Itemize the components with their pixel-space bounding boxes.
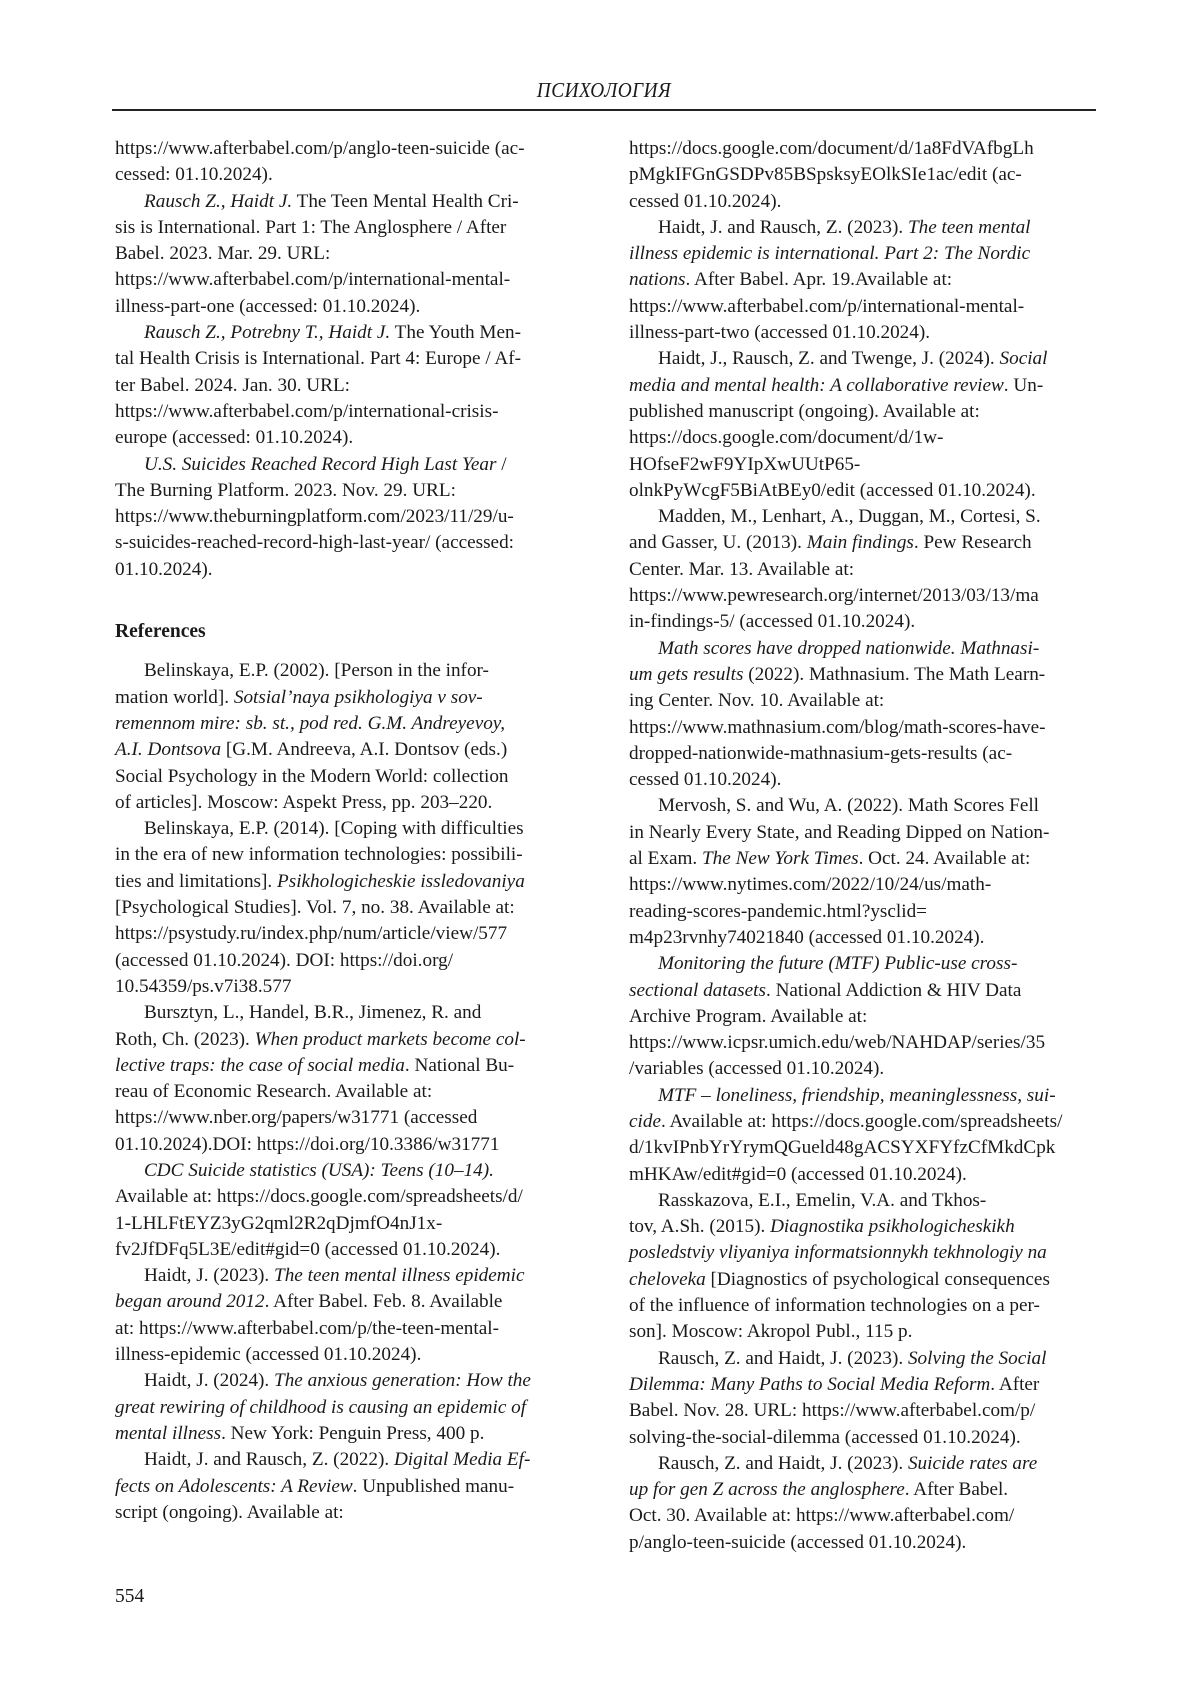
text-line: um gets results (2022). Mathnasium. The … (629, 662, 1084, 688)
italic-text: Diagnostika psikhologicheskikh (770, 1216, 1015, 1237)
text-run: pMgkIFGnGSDPv85BSpsksyEOlkSIe1ac/edit (a… (629, 164, 1022, 185)
text-run: reau of Economic Research. Available at: (115, 1081, 432, 1102)
text-line: (accessed 01.10.2024). DOI: https://doi.… (115, 948, 539, 974)
text-run: /variables (accessed 01.10.2024). (629, 1058, 884, 1079)
reference-list: Haidt, J. and Rausch, Z. (2023). The tee… (629, 215, 1084, 1556)
text-run: mHKAw/edit#gid=0 (accessed 01.10.2024). (629, 1164, 967, 1185)
text-run: Mervosh, S. and Wu, A. (2022). Math Scor… (658, 795, 1039, 816)
reference-entry: Bursztyn, L., Handel, B.R., Jimenez, R. … (115, 1000, 539, 1158)
text-line: nations. After Babel. Apr. 19.Available … (629, 267, 1084, 293)
text-line: and Gasser, U. (2013). Main findings. Pe… (629, 530, 1084, 556)
reference-entry: Madden, M., Lenhart, A., Duggan, M., Cor… (629, 504, 1084, 635)
italic-text: When product markets become col- (255, 1029, 526, 1050)
source-list: Rausch Z., Haidt J. The Teen Mental Heal… (115, 189, 539, 583)
text-line: reading-scores-pandemic.html?ysclid= (629, 899, 1084, 925)
text-line: https://www.afterbabel.com/p/internation… (629, 294, 1084, 320)
text-line: in the era of new information technologi… (115, 842, 539, 868)
text-run: https://www.nytimes.com/2022/10/24/us/ma… (629, 874, 991, 895)
text-line: of articles]. Moscow: Aspekt Press, pp. … (115, 790, 539, 816)
text-line: of the influence of information technolo… (629, 1293, 1084, 1319)
text-run: . Oct. 24. Available at: (859, 848, 1031, 869)
text-line: 10.54359/ps.v7i38.577 (115, 974, 539, 1000)
text-run: . National Bu- (405, 1055, 514, 1076)
text-run: 1-LHLFtEYZ3yG2qml2R2qDjmfO4nJ1x- (115, 1213, 442, 1234)
text-run: . After (990, 1374, 1039, 1395)
italic-text: The teen mental illness epidemic (274, 1265, 524, 1286)
italic-text: cide (629, 1111, 661, 1132)
text-line: media and mental health: A collaborative… (629, 373, 1084, 399)
text-run: https://www.nber.org/papers/w31771 (acce… (115, 1107, 477, 1128)
text-run: cessed 01.10.2024). (629, 769, 781, 790)
reference-entry: Mervosh, S. and Wu, A. (2022). Math Scor… (629, 793, 1084, 951)
text-run: Rausch, Z. and Haidt, J. (2023). (658, 1348, 908, 1369)
text-line: lective traps: the case of social media.… (115, 1053, 539, 1079)
text-run: https://www.icpsr.umich.edu/web/NAHDAP/s… (629, 1032, 1045, 1053)
text-line: Dilemma: Many Paths to Social Media Refo… (629, 1372, 1084, 1398)
running-head-title: ПСИХОЛОГИЯ (151, 78, 1056, 103)
reference-entry: Haidt, J. (2023). The teen mental illnes… (115, 1263, 539, 1368)
text-line: MTF – loneliness, friendship, meaningles… (629, 1083, 1084, 1109)
italic-text: lective traps: the case of social media (115, 1055, 405, 1076)
italic-text: sectional datasets (629, 980, 766, 1001)
text-line: Oct. 30. Available at: https://www.after… (629, 1503, 1084, 1529)
text-line: fects on Adolescents: A Review. Unpublis… (115, 1474, 539, 1500)
reference-entry: Belinskaya, E.P. (2002). [Person in the … (115, 658, 539, 816)
text-line: sectional datasets. National Addiction &… (629, 978, 1084, 1004)
text-run: Rausch, Z. and Haidt, J. (2023). (658, 1453, 908, 1474)
text-run: Haidt, J. and Rausch, Z. (2023). (658, 217, 908, 238)
text-run: https://www.afterbabel.com/p/anglo-teen-… (115, 138, 525, 159)
reference-entry: CDC Suicide statistics (USA): Teens (10–… (115, 1158, 539, 1263)
text-run: cessed 01.10.2024). (629, 191, 781, 212)
reference-list: Belinskaya, E.P. (2002). [Person in the … (115, 658, 539, 1526)
italic-text: fects on Adolescents: A Review (115, 1476, 353, 1497)
text-line: /variables (accessed 01.10.2024). (629, 1056, 1084, 1082)
text-line: ing Center. Nov. 10. Available at: (629, 688, 1084, 714)
text-line: 01.10.2024).DOI: https://doi.org/10.3386… (115, 1132, 539, 1158)
text-run: script (ongoing). Available at: (115, 1502, 344, 1523)
text-run: illness-part-one (accessed: 01.10.2024). (115, 296, 420, 317)
text-run: of the influence of information technolo… (629, 1295, 1040, 1316)
italic-text: began around 2012 (115, 1291, 265, 1312)
text-run: https://www.theburningplatform.com/2023/… (115, 506, 514, 527)
italic-text: Dilemma: Many Paths to Social Media Refo… (629, 1374, 990, 1395)
text-run: tov, A.Sh. (2015). (629, 1216, 770, 1237)
text-line: Haidt, J. and Rausch, Z. (2023). The tee… (629, 215, 1084, 241)
text-run: HOfseF2wF9YIpXwUUtP65- (629, 454, 860, 475)
text-line: dropped-nationwide-mathnasium-gets-resul… (629, 741, 1084, 767)
italic-text: CDC Suicide statistics (USA): Teens (10–… (144, 1160, 494, 1181)
text-line: sis is International. Part 1: The Anglos… (115, 215, 539, 241)
text-line: Rasskazova, E.I., Emelin, V.A. and Tkhos… (629, 1188, 1084, 1214)
text-run: and Gasser, U. (2013). (629, 532, 807, 553)
text-line: CDC Suicide statistics (USA): Teens (10–… (115, 1158, 539, 1184)
text-line: Available at: https://docs.google.com/sp… (115, 1184, 539, 1210)
text-run: Archive Program. Available at: (629, 1006, 867, 1027)
text-run: . National Addiction & HIV Data (766, 980, 1021, 1001)
text-line: illness epidemic is international. Part … (629, 241, 1084, 267)
text-run: Rasskazova, E.I., Emelin, V.A. and Tkhos… (658, 1190, 986, 1211)
text-line: al Exam. The New York Times. Oct. 24. Av… (629, 846, 1084, 872)
text-run: . New York: Penguin Press, 400 p. (221, 1423, 484, 1444)
text-line: https://psystudy.ru/index.php/num/articl… (115, 921, 539, 947)
text-line: remennom mire: sb. st., pod red. G.M. An… (115, 711, 539, 737)
text-run: https://www.pewresearch.org/internet/201… (629, 585, 1039, 606)
italic-text: Suicide rates are (908, 1453, 1037, 1474)
text-line: in Nearly Every State, and Reading Dippe… (629, 820, 1084, 846)
text-run: / (496, 454, 506, 475)
text-run: of articles]. Moscow: Aspekt Press, pp. … (115, 792, 492, 813)
text-line: https://www.theburningplatform.com/2023/… (115, 504, 539, 530)
text-line: Belinskaya, E.P. (2002). [Person in the … (115, 658, 539, 684)
text-run: 01.10.2024). (115, 559, 213, 580)
italic-text: The teen mental (908, 217, 1031, 238)
text-run: https://www.mathnasium.com/blog/math-sco… (629, 717, 1046, 738)
text-line: ties and limitations]. Psikhologicheskie… (115, 869, 539, 895)
text-run: (accessed 01.10.2024). DOI: https://doi.… (115, 950, 453, 971)
italic-text: Monitoring the future (MTF) Public-use c… (658, 953, 1017, 974)
reference-entry: Haidt, J. (2024). The anxious generation… (115, 1368, 539, 1447)
text-line: Mervosh, S. and Wu, A. (2022). Math Scor… (629, 793, 1084, 819)
text-run: dropped-nationwide-mathnasium-gets-resul… (629, 743, 1012, 764)
text-run: Belinskaya, E.P. (2014). [Coping with di… (144, 818, 524, 839)
text-line: son]. Moscow: Akropol Publ., 115 p. (629, 1319, 1084, 1345)
text-run: at: https://www.afterbabel.com/p/the-tee… (115, 1318, 499, 1339)
text-line: script (ongoing). Available at: (115, 1500, 539, 1526)
reference-entry: Monitoring the future (MTF) Public-use c… (629, 951, 1084, 1082)
text-run: [Psychological Studies]. Vol. 7, no. 38.… (115, 897, 515, 918)
text-line: cide. Available at: https://docs.google.… (629, 1109, 1084, 1135)
text-line: https://www.pewresearch.org/internet/201… (629, 583, 1084, 609)
text-line: olnkPyWcgF5BiAtBEy0/edit (accessed 01.10… (629, 478, 1084, 504)
italic-text: great rewiring of childhood is causing a… (115, 1397, 526, 1418)
text-line: d/1kvIPnbYrYrymQGueld48gACSYXFYfzCfMkdCp… (629, 1135, 1084, 1161)
text-line: 01.10.2024). (115, 557, 539, 583)
text-run: . Pew Research (914, 532, 1032, 553)
text-run: Belinskaya, E.P. (2002). [Person in the … (144, 660, 489, 681)
text-line: Archive Program. Available at: (629, 1004, 1084, 1030)
text-line: in-findings-5/ (accessed 01.10.2024). (629, 609, 1084, 635)
text-run: d/1kvIPnbYrYrymQGueld48gACSYXFYfzCfMkdCp… (629, 1137, 1055, 1158)
text-line: cessed 01.10.2024). (629, 767, 1084, 793)
text-run: mation world]. (115, 687, 234, 708)
text-run: olnkPyWcgF5BiAtBEy0/edit (accessed 01.10… (629, 480, 1036, 501)
text-run: https://www.afterbabel.com/p/internation… (115, 401, 498, 422)
text-line: tov, A.Sh. (2015). Diagnostika psikholog… (629, 1214, 1084, 1240)
text-run: . Un- (1004, 375, 1043, 396)
italic-text: A.I. Dontsova (115, 739, 221, 760)
italic-text: Rausch Z., Potrebny T., Haidt J. (144, 322, 390, 343)
text-line: Madden, M., Lenhart, A., Duggan, M., Cor… (629, 504, 1084, 530)
text-run: sis is International. Part 1: The Anglos… (115, 217, 506, 238)
italic-text: up for gen Z across the anglosphere (629, 1479, 905, 1500)
text-line: cheloveka [Diagnostics of psychological … (629, 1267, 1084, 1293)
italic-text: um gets results (629, 664, 743, 685)
text-run: Available at: https://docs.google.com/sp… (115, 1186, 523, 1207)
text-line: https://docs.google.com/document/d/1a8Fd… (629, 136, 1084, 162)
text-run: Haidt, J. (2023). (144, 1265, 274, 1286)
reference-entry: Rausch, Z. and Haidt, J. (2023). Solving… (629, 1346, 1084, 1451)
reference-entry: Math scores have dropped nationwide. Mat… (629, 636, 1084, 794)
text-run: illness-part-two (accessed 01.10.2024). (629, 322, 930, 343)
text-run: tal Health Crisis is International. Part… (115, 348, 521, 369)
reference-entry: Rausch Z., Haidt J. The Teen Mental Heal… (115, 189, 539, 320)
text-run: https://psystudy.ru/index.php/num/articl… (115, 923, 507, 944)
text-line: fv2JfDFq5L3E/edit#gid=0 (accessed 01.10.… (115, 1237, 539, 1263)
text-line: s-suicides-reached-record-high-last-year… (115, 530, 539, 556)
italic-text: Social (1000, 348, 1048, 369)
text-run: Oct. 30. Available at: https://www.after… (629, 1505, 1014, 1526)
text-line: ter Babel. 2024. Jan. 30. URL: (115, 373, 539, 399)
text-line: illness-part-two (accessed 01.10.2024). (629, 320, 1084, 346)
continuation-text: https://www.afterbabel.com/p/anglo-teen-… (115, 136, 539, 189)
text-line: Social Psychology in the Modern World: c… (115, 764, 539, 790)
right-column: https://docs.google.com/document/d/1a8Fd… (629, 136, 1084, 1556)
text-line: Belinskaya, E.P. (2014). [Coping with di… (115, 816, 539, 842)
text-line: posledstviy vliyaniya informatsionnykh t… (629, 1240, 1084, 1266)
text-line: https://docs.google.com/document/d/1w- (629, 425, 1084, 451)
text-run: Center. Mar. 13. Available at: (629, 559, 854, 580)
italic-text: Digital Media Ef- (394, 1449, 530, 1470)
text-run: The Youth Men- (390, 322, 521, 343)
text-line: Math scores have dropped nationwide. Mat… (629, 636, 1084, 662)
text-line: https://www.icpsr.umich.edu/web/NAHDAP/s… (629, 1030, 1084, 1056)
text-line: 1-LHLFtEYZ3yG2qml2R2qDjmfO4nJ1x- (115, 1211, 539, 1237)
reference-entry: Belinskaya, E.P. (2014). [Coping with di… (115, 816, 539, 1000)
text-run: ter Babel. 2024. Jan. 30. URL: (115, 375, 350, 396)
text-line: solving-the-social-dilemma (accessed 01.… (629, 1425, 1084, 1451)
italic-text: Math scores have dropped nationwide. Mat… (658, 638, 1039, 659)
text-run: . After Babel. Feb. 8. Available (265, 1291, 503, 1312)
reference-entry: U.S. Suicides Reached Record High Last Y… (115, 452, 539, 583)
text-run: . Available at: https://docs.google.com/… (661, 1111, 1062, 1132)
text-line: illness-epidemic (accessed 01.10.2024). (115, 1342, 539, 1368)
italic-text: media and mental health: A collaborative… (629, 375, 1004, 396)
italic-text: remennom mire: sb. st., pod red. G.M. An… (115, 713, 505, 734)
text-line: tal Health Crisis is International. Part… (115, 346, 539, 372)
text-line: U.S. Suicides Reached Record High Last Y… (115, 452, 539, 478)
text-run: ing Center. Nov. 10. Available at: (629, 690, 884, 711)
text-run: Madden, M., Lenhart, A., Duggan, M., Cor… (658, 506, 1041, 527)
italic-text: illness epidemic is international. Part … (629, 243, 1030, 264)
text-line: Monitoring the future (MTF) Public-use c… (629, 951, 1084, 977)
text-run: . After Babel. (905, 1479, 1008, 1500)
text-run: ties and limitations]. (115, 871, 277, 892)
text-run: m4p23rvnhy74021840 (accessed 01.10.2024)… (629, 927, 984, 948)
text-line: Haidt, J., Rausch, Z. and Twenge, J. (20… (629, 346, 1084, 372)
text-line: up for gen Z across the anglosphere. Aft… (629, 1477, 1084, 1503)
text-run: 10.54359/ps.v7i38.577 (115, 976, 291, 997)
text-line: mation world]. Sotsial’naya psikhologiya… (115, 685, 539, 711)
references-heading: References (115, 619, 539, 645)
text-line: published manuscript (ongoing). Availabl… (629, 399, 1084, 425)
text-run: s-suicides-reached-record-high-last-year… (115, 532, 514, 553)
italic-text: posledstviy vliyaniya informatsionnykh t… (629, 1242, 1047, 1263)
text-run: 01.10.2024).DOI: https://doi.org/10.3386… (115, 1134, 499, 1155)
text-line: Haidt, J. (2024). The anxious generation… (115, 1368, 539, 1394)
text-run: in the era of new information technologi… (115, 844, 523, 865)
text-run: reading-scores-pandemic.html?ysclid= (629, 901, 927, 922)
text-line: https://www.nber.org/papers/w31771 (acce… (115, 1105, 539, 1131)
continuation-text: https://docs.google.com/document/d/1a8Fd… (629, 136, 1084, 215)
text-line: Rausch, Z. and Haidt, J. (2023). Solving… (629, 1346, 1084, 1372)
text-run: . Unpublished manu- (353, 1476, 514, 1497)
italic-text: mental illness (115, 1423, 221, 1444)
text-line: https://www.afterbabel.com/p/internation… (115, 267, 539, 293)
text-run: https://www.afterbabel.com/p/internation… (115, 269, 510, 290)
italic-text: Rausch Z., Haidt J. (144, 191, 292, 212)
text-line: mental illness. New York: Penguin Press,… (115, 1421, 539, 1447)
italic-text: The New York Times (702, 848, 859, 869)
header-rule (112, 109, 1096, 111)
reference-entry: Rasskazova, E.I., Emelin, V.A. and Tkhos… (629, 1188, 1084, 1346)
text-run: (2022). Mathnasium. The Math Learn- (743, 664, 1045, 685)
text-run: Haidt, J., Rausch, Z. and Twenge, J. (20… (658, 348, 1000, 369)
text-run: [Diagnostics of psychological consequenc… (706, 1269, 1050, 1290)
text-line: A.I. Dontsova [G.M. Andreeva, A.I. Donts… (115, 737, 539, 763)
italic-text: Psikhologicheskie issledovaniya (277, 871, 525, 892)
reference-entry: Rausch Z., Potrebny T., Haidt J. The You… (115, 320, 539, 451)
text-line: https://www.afterbabel.com/p/anglo-teen-… (115, 136, 539, 162)
text-line: m4p23rvnhy74021840 (accessed 01.10.2024)… (629, 925, 1084, 951)
italic-text: The anxious generation: How the (274, 1370, 531, 1391)
text-line: https://www.nytimes.com/2022/10/24/us/ma… (629, 872, 1084, 898)
text-run: published manuscript (ongoing). Availabl… (629, 401, 980, 422)
text-run: https://docs.google.com/document/d/1w- (629, 427, 943, 448)
text-run: Babel. Nov. 28. URL: https://www.afterba… (629, 1400, 1035, 1421)
text-run: europe (accessed: 01.10.2024). (115, 427, 353, 448)
italic-text: Sotsial’naya psikhologiya v sov- (234, 687, 483, 708)
text-run: Roth, Ch. (2023). (115, 1029, 255, 1050)
text-line: great rewiring of childhood is causing a… (115, 1395, 539, 1421)
reference-entry: Haidt, J. and Rausch, Z. (2023). The tee… (629, 215, 1084, 346)
text-line: Rausch Z., Potrebny T., Haidt J. The You… (115, 320, 539, 346)
italic-text: MTF – loneliness, friendship, meaningles… (658, 1085, 1056, 1106)
reference-entry: Haidt, J., Rausch, Z. and Twenge, J. (20… (629, 346, 1084, 504)
text-line: mHKAw/edit#gid=0 (accessed 01.10.2024). (629, 1162, 1084, 1188)
text-run: . After Babel. Apr. 19.Available at: (686, 269, 953, 290)
text-line: p/anglo-teen-suicide (accessed 01.10.202… (629, 1530, 1084, 1556)
text-line: The Burning Platform. 2023. Nov. 29. URL… (115, 478, 539, 504)
text-line: cessed 01.10.2024). (629, 189, 1084, 215)
text-line: illness-part-one (accessed: 01.10.2024). (115, 294, 539, 320)
reference-entry: Haidt, J. and Rausch, Z. (2022). Digital… (115, 1447, 539, 1526)
italic-text: nations (629, 269, 686, 290)
text-run: The Burning Platform. 2023. Nov. 29. URL… (115, 480, 456, 501)
text-line: Rausch, Z. and Haidt, J. (2023). Suicide… (629, 1451, 1084, 1477)
reference-entry: MTF – loneliness, friendship, meaningles… (629, 1083, 1084, 1188)
page-number: 554 (115, 1586, 144, 1608)
text-run: https://docs.google.com/document/d/1a8Fd… (629, 138, 1034, 159)
text-run: son]. Moscow: Akropol Publ., 115 p. (629, 1321, 912, 1342)
text-line: Haidt, J. and Rausch, Z. (2022). Digital… (115, 1447, 539, 1473)
text-run: Haidt, J. and Rausch, Z. (2022). (144, 1449, 394, 1470)
italic-text: Solving the Social (908, 1348, 1047, 1369)
italic-text: Main findings (807, 532, 914, 553)
text-line: Rausch Z., Haidt J. The Teen Mental Heal… (115, 189, 539, 215)
text-run: [G.M. Andreeva, A.I. Dontsov (eds.) (221, 739, 507, 760)
text-line: began around 2012. After Babel. Feb. 8. … (115, 1289, 539, 1315)
text-line: cessed: 01.10.2024). (115, 162, 539, 188)
text-line: pMgkIFGnGSDPv85BSpsksyEOlkSIe1ac/edit (a… (629, 162, 1084, 188)
text-run: The Teen Mental Health Cri- (292, 191, 519, 212)
text-line: Babel. Nov. 28. URL: https://www.afterba… (629, 1398, 1084, 1424)
text-line: reau of Economic Research. Available at: (115, 1079, 539, 1105)
text-run: illness-epidemic (accessed 01.10.2024). (115, 1344, 421, 1365)
text-run: p/anglo-teen-suicide (accessed 01.10.202… (629, 1532, 966, 1553)
text-run: Social Psychology in the Modern World: c… (115, 766, 509, 787)
text-line: Center. Mar. 13. Available at: (629, 557, 1084, 583)
text-run: Babel. 2023. Mar. 29. URL: (115, 243, 330, 264)
text-line: Babel. 2023. Mar. 29. URL: (115, 241, 539, 267)
reference-entry: Rausch, Z. and Haidt, J. (2023). Suicide… (629, 1451, 1084, 1556)
text-line: at: https://www.afterbabel.com/p/the-tee… (115, 1316, 539, 1342)
text-line: HOfseF2wF9YIpXwUUtP65- (629, 452, 1084, 478)
text-run: Bursztyn, L., Handel, B.R., Jimenez, R. … (144, 1002, 481, 1023)
text-run: https://www.afterbabel.com/p/internation… (629, 296, 1024, 317)
text-run: fv2JfDFq5L3E/edit#gid=0 (accessed 01.10.… (115, 1239, 500, 1260)
text-run: solving-the-social-dilemma (accessed 01.… (629, 1427, 1021, 1448)
text-line: https://www.afterbabel.com/p/internation… (115, 399, 539, 425)
text-run: in Nearly Every State, and Reading Dippe… (629, 822, 1049, 843)
text-line: https://www.mathnasium.com/blog/math-sco… (629, 715, 1084, 741)
text-line: Haidt, J. (2023). The teen mental illnes… (115, 1263, 539, 1289)
text-run: cessed: 01.10.2024). (115, 164, 273, 185)
text-run: al Exam. (629, 848, 702, 869)
text-line: Roth, Ch. (2023). When product markets b… (115, 1027, 539, 1053)
left-column: https://www.afterbabel.com/p/anglo-teen-… (115, 136, 539, 1526)
text-run: in-findings-5/ (accessed 01.10.2024). (629, 611, 915, 632)
text-run: Haidt, J. (2024). (144, 1370, 274, 1391)
text-line: Bursztyn, L., Handel, B.R., Jimenez, R. … (115, 1000, 539, 1026)
text-line: [Psychological Studies]. Vol. 7, no. 38.… (115, 895, 539, 921)
italic-text: cheloveka (629, 1269, 706, 1290)
italic-text: U.S. Suicides Reached Record High Last Y… (144, 454, 496, 475)
text-line: europe (accessed: 01.10.2024). (115, 425, 539, 451)
